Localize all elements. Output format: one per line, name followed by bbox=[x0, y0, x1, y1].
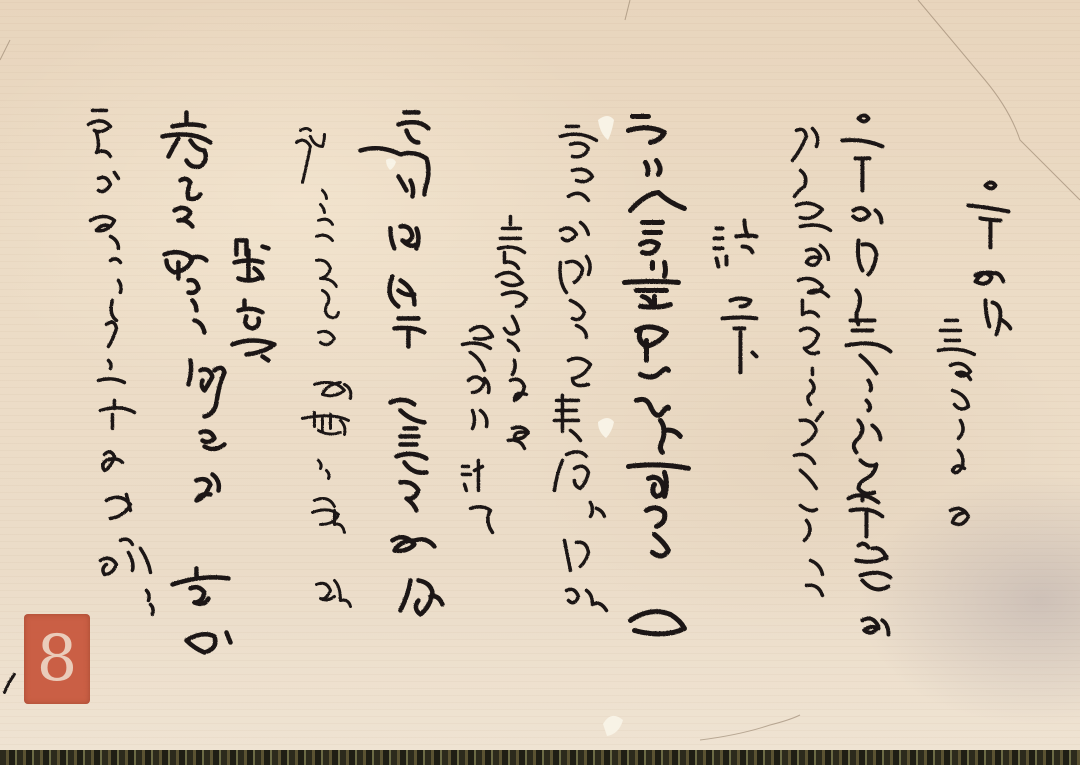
column-3 bbox=[842, 115, 890, 634]
column-4 bbox=[792, 128, 830, 595]
brocade-mount-strip bbox=[0, 750, 1080, 765]
calligraphy-text bbox=[0, 0, 1080, 765]
column-8 bbox=[496, 216, 528, 448]
paper-flecks bbox=[386, 116, 623, 736]
column-11 bbox=[296, 128, 350, 606]
column-14 bbox=[88, 110, 153, 614]
column-7 bbox=[554, 126, 606, 610]
column-12 bbox=[232, 240, 274, 360]
paper-cracks bbox=[0, 0, 1080, 740]
column-1 bbox=[968, 182, 1010, 334]
column-9 bbox=[462, 326, 492, 532]
artist-seal: 8 red artist seal bbox=[24, 614, 90, 704]
column-5 bbox=[714, 220, 756, 372]
seal-glyph: 8 bbox=[24, 614, 90, 704]
ink-mark bbox=[4, 674, 14, 692]
column-2 bbox=[938, 320, 974, 524]
column-13 bbox=[162, 112, 230, 652]
column-6 bbox=[624, 116, 688, 634]
column-10 bbox=[360, 112, 442, 614]
